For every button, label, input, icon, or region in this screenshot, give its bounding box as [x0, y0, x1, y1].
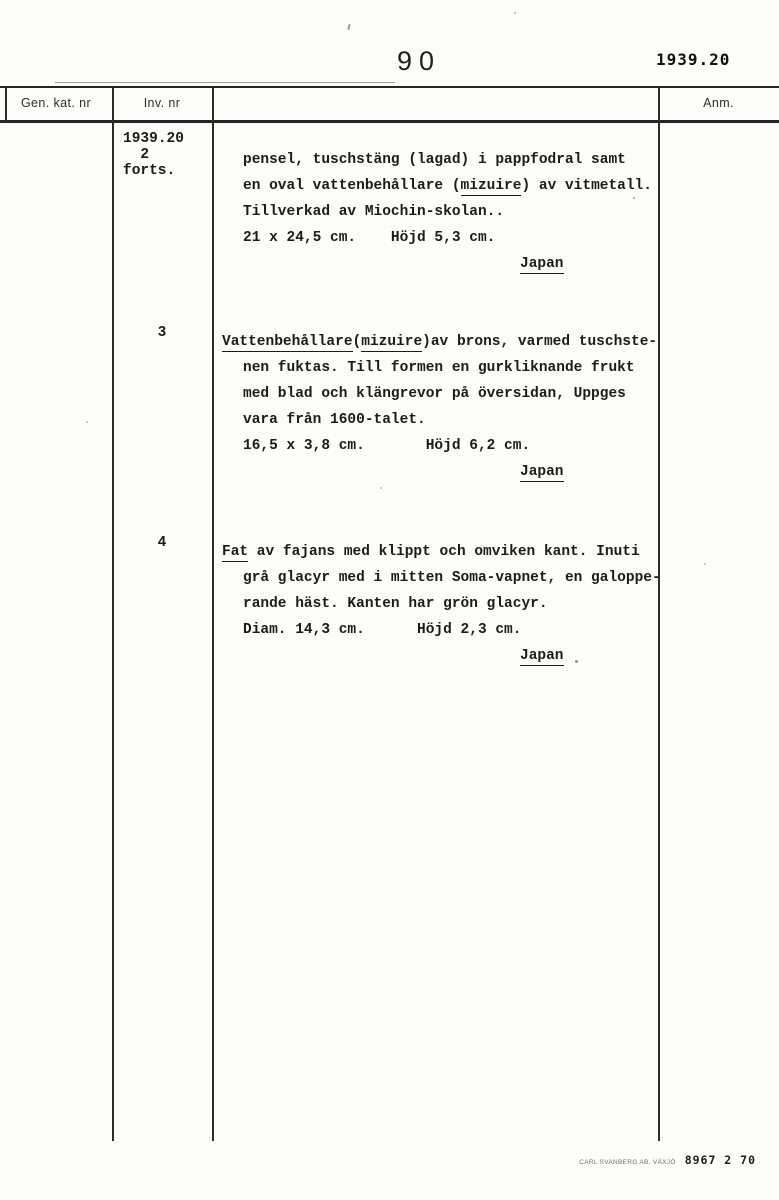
- entry-text-line: nen fuktas. Till formen en gurkliknande …: [222, 355, 672, 381]
- inv-nr-line: 2: [123, 147, 212, 163]
- column-header-inv-nr: Inv. nr: [112, 96, 212, 110]
- inv-nr-cell: 1939.20 2forts.: [112, 126, 212, 179]
- text-segment: )av brons, varmed tuschste-: [422, 334, 657, 350]
- entry-text-line: Tillverkad av Miochin-skolan..: [222, 199, 672, 225]
- text-segment: 21 x 24,5 cm. Höjd 5,3 cm.: [243, 230, 495, 246]
- origin-label: Japan: [520, 464, 564, 482]
- inv-nr-line: 3: [112, 325, 212, 341]
- printer-name: CARL SVANBERG AB, VÄXJÖ: [579, 1159, 675, 1166]
- table-rule-top: [0, 86, 779, 88]
- scan-speck: [704, 563, 706, 565]
- document-ref: 1939.20: [656, 50, 730, 69]
- entry-text-line: grå glacyr med i mitten Soma-vapnet, en …: [222, 565, 672, 591]
- origin-label: Japan: [520, 256, 564, 274]
- scan-speck: [575, 660, 578, 663]
- origin-label: Japan: [520, 648, 564, 666]
- table-rule-header-bottom: [0, 120, 779, 123]
- column-header-gen-kat-nr: Gen. kat. nr: [0, 96, 112, 110]
- column-header-anm: Anm.: [658, 96, 779, 110]
- text-segment: av fajans med klippt och omviken kant. I…: [248, 544, 640, 560]
- text-segment: vara från 1600-talet.: [243, 412, 426, 428]
- text-segment: Diam. 14,3 cm. Höjd 2,3 cm.: [243, 622, 521, 638]
- text-segment: med blad och klängrevor på översidan, Up…: [243, 386, 626, 402]
- entry-text-line: 21 x 24,5 cm. Höjd 5,3 cm.: [222, 225, 672, 251]
- text-segment: grå glacyr med i mitten Soma-vapnet, en …: [243, 570, 661, 586]
- page-number: 90: [397, 46, 441, 77]
- entry-body: Vattenbehållare(mizuire)av brons, varmed…: [222, 308, 672, 485]
- scan-speck: [514, 12, 516, 14]
- entry-body: Fat av fajans med klippt och omviken kan…: [222, 518, 672, 669]
- inv-nr-line: forts.: [123, 163, 212, 179]
- inv-nr-line: 1939.20: [123, 131, 212, 147]
- entry-text-line: en oval vattenbehållare (mizuire) av vit…: [222, 173, 672, 199]
- entry-text-line: Diam. 14,3 cm. Höjd 2,3 cm.: [222, 617, 672, 643]
- text-segment: nen fuktas. Till formen en gurkliknande …: [243, 360, 635, 376]
- scan-speck: [633, 197, 635, 199]
- text-segment: pensel, tuschstäng (lagad) i pappfodral …: [243, 152, 626, 168]
- underlined-term: mizuire: [361, 334, 422, 352]
- entry-text-line: 16,5 x 3,8 cm. Höjd 6,2 cm.: [222, 433, 672, 459]
- inv-nr-line: 4: [112, 535, 212, 551]
- inv-nr-cell: 3: [112, 308, 212, 341]
- origin-line: Japan: [222, 251, 672, 277]
- text-segment: (: [353, 334, 362, 350]
- entry-text-line: pensel, tuschstäng (lagad) i pappfodral …: [222, 147, 672, 173]
- entry-text-line: Vattenbehållare(mizuire)av brons, varmed…: [222, 329, 672, 355]
- text-segment: en oval vattenbehållare (: [243, 178, 461, 194]
- printer-imprint: CARL SVANBERG AB, VÄXJÖ 8967 2 70: [579, 1153, 756, 1167]
- column-divider-2: [212, 86, 214, 1141]
- scan-speck: [380, 487, 382, 489]
- text-segment: Tillverkad av Miochin-skolan..: [243, 204, 504, 220]
- entry-text-line: Fat av fajans med klippt och omviken kan…: [222, 539, 672, 565]
- scan-speck: [86, 421, 88, 423]
- origin-line: Japan: [222, 459, 672, 485]
- underlined-term: mizuire: [461, 178, 522, 196]
- entry-body: pensel, tuschstäng (lagad) i pappfodral …: [222, 126, 672, 277]
- text-segment: 16,5 x 3,8 cm. Höjd 6,2 cm.: [243, 438, 530, 454]
- text-segment: rande häst. Kanten har grön glacyr.: [243, 596, 548, 612]
- scan-speck: [347, 24, 350, 30]
- table-rule-top-shadow: [55, 82, 395, 83]
- underlined-term: Vattenbehållare: [222, 334, 353, 352]
- print-code: 8967 2 70: [685, 1153, 756, 1167]
- entry-text-line: rande häst. Kanten har grön glacyr.: [222, 591, 672, 617]
- underlined-term: Fat: [222, 544, 248, 562]
- column-divider-1: [112, 86, 114, 1141]
- entry-text-line: vara från 1600-talet.: [222, 407, 672, 433]
- entry-text-line: med blad och klängrevor på översidan, Up…: [222, 381, 672, 407]
- catalog-page: 90 1939.20 Gen. kat. nr Inv. nr Anm. 193…: [0, 0, 779, 1200]
- inv-nr-cell: 4: [112, 518, 212, 551]
- origin-line: Japan: [222, 643, 672, 669]
- text-segment: ) av vitmetall.: [521, 178, 652, 194]
